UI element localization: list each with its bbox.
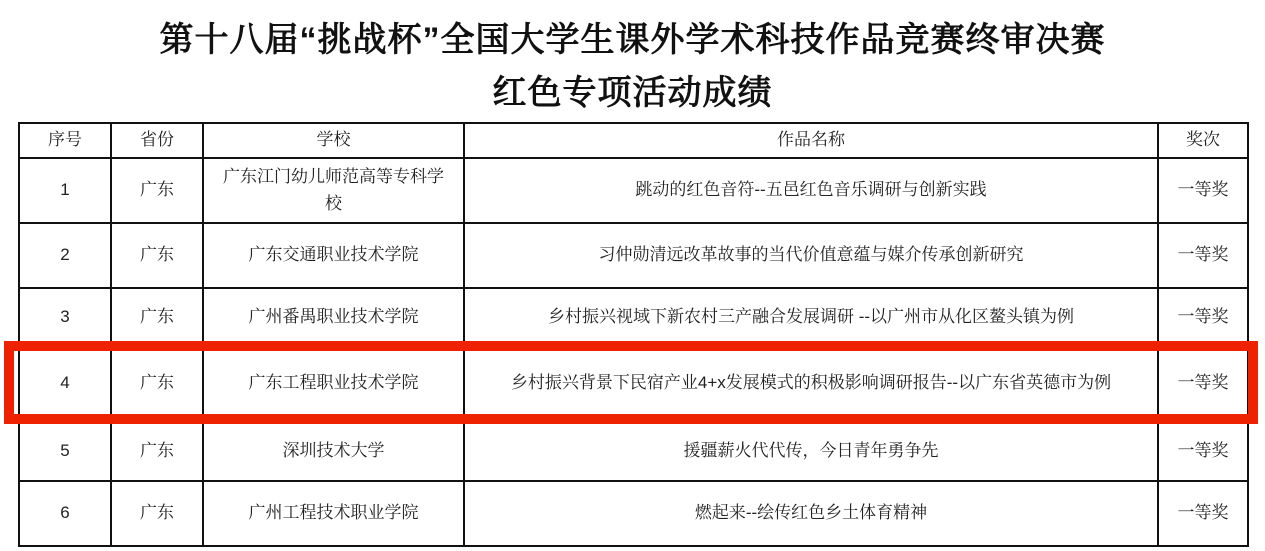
cell-award: 一等奖 (1158, 481, 1248, 546)
table-row: 6 广东 广州工程技术职业学院 燃起来--绘传红色乡土体育精神 一等奖 (19, 481, 1248, 546)
cell-work: 跳动的红色音符--五邑红色音乐调研与创新实践 (464, 158, 1158, 223)
cell-province: 广东 (111, 223, 203, 288)
page-title: 第十八届“挑战杯”全国大学生课外学术科技作品竞赛终审决赛 红色专项活动成绩 (0, 14, 1265, 119)
header-cell-no: 序号 (19, 123, 111, 158)
table-row: 4 广东 广东工程职业技术学院 乡村振兴背景下民宿产业4+x发展模式的积极影响调… (19, 346, 1248, 421)
results-table-body: 1 广东 广东江门幼儿师范高等专科学校 跳动的红色音符--五邑红色音乐调研与创新… (19, 158, 1248, 546)
cell-award: 一等奖 (1158, 223, 1248, 288)
cell-award: 一等奖 (1158, 288, 1248, 346)
cell-award: 一等奖 (1158, 421, 1248, 481)
cell-school: 广东交通职业技术学院 (203, 223, 464, 288)
cell-school: 广州番禺职业技术学院 (203, 288, 464, 346)
cell-work: 援疆薪火代代传，今日青年勇争先 (464, 421, 1158, 481)
header-cell-award: 奖次 (1158, 123, 1248, 158)
cell-province: 广东 (111, 288, 203, 346)
cell-school: 广东工程职业技术学院 (203, 346, 464, 421)
results-table-header: 序号 省份 学校 作品名称 奖次 (19, 123, 1248, 158)
cell-no: 4 (19, 346, 111, 421)
table-row: 3 广东 广州番禺职业技术学院 乡村振兴视域下新农村三产融合发展调研 --以广州… (19, 288, 1248, 346)
cell-award: 一等奖 (1158, 346, 1248, 421)
cell-province: 广东 (111, 481, 203, 546)
cell-school: 广州工程技术职业学院 (203, 481, 464, 546)
cell-school: 深圳技术大学 (203, 421, 464, 481)
header-cell-work: 作品名称 (464, 123, 1158, 158)
header-cell-school: 学校 (203, 123, 464, 158)
cell-work: 乡村振兴视域下新农村三产融合发展调研 --以广州市从化区鳌头镇为例 (464, 288, 1158, 346)
cell-work: 习仲勋清远改革故事的当代价值意蕴与媒介传承创新研究 (464, 223, 1158, 288)
page-title-line1: 第十八届“挑战杯”全国大学生课外学术科技作品竞赛终审决赛 (0, 14, 1265, 67)
cell-province: 广东 (111, 421, 203, 481)
header-cell-province: 省份 (111, 123, 203, 158)
table-row: 1 广东 广东江门幼儿师范高等专科学校 跳动的红色音符--五邑红色音乐调研与创新… (19, 158, 1248, 223)
results-table: 序号 省份 学校 作品名称 奖次 1 广东 广东江门幼儿师范高等专科学校 跳动的… (18, 122, 1249, 547)
cell-award: 一等奖 (1158, 158, 1248, 223)
header-row: 序号 省份 学校 作品名称 奖次 (19, 123, 1248, 158)
cell-province: 广东 (111, 346, 203, 421)
cell-no: 3 (19, 288, 111, 346)
cell-work: 燃起来--绘传红色乡土体育精神 (464, 481, 1158, 546)
page-title-line2: 红色专项活动成绩 (0, 67, 1265, 120)
cell-school: 广东江门幼儿师范高等专科学校 (203, 158, 464, 223)
cell-work: 乡村振兴背景下民宿产业4+x发展模式的积极影响调研报告--以广东省英德市为例 (464, 346, 1158, 421)
cell-province: 广东 (111, 158, 203, 223)
cell-no: 6 (19, 481, 111, 546)
cell-no: 5 (19, 421, 111, 481)
document-page: 第十八届“挑战杯”全国大学生课外学术科技作品竞赛终审决赛 红色专项活动成绩 序号… (0, 0, 1265, 551)
cell-no: 1 (19, 158, 111, 223)
table-row: 2 广东 广东交通职业技术学院 习仲勋清远改革故事的当代价值意蕴与媒介传承创新研… (19, 223, 1248, 288)
table-row: 5 广东 深圳技术大学 援疆薪火代代传，今日青年勇争先 一等奖 (19, 421, 1248, 481)
cell-no: 2 (19, 223, 111, 288)
